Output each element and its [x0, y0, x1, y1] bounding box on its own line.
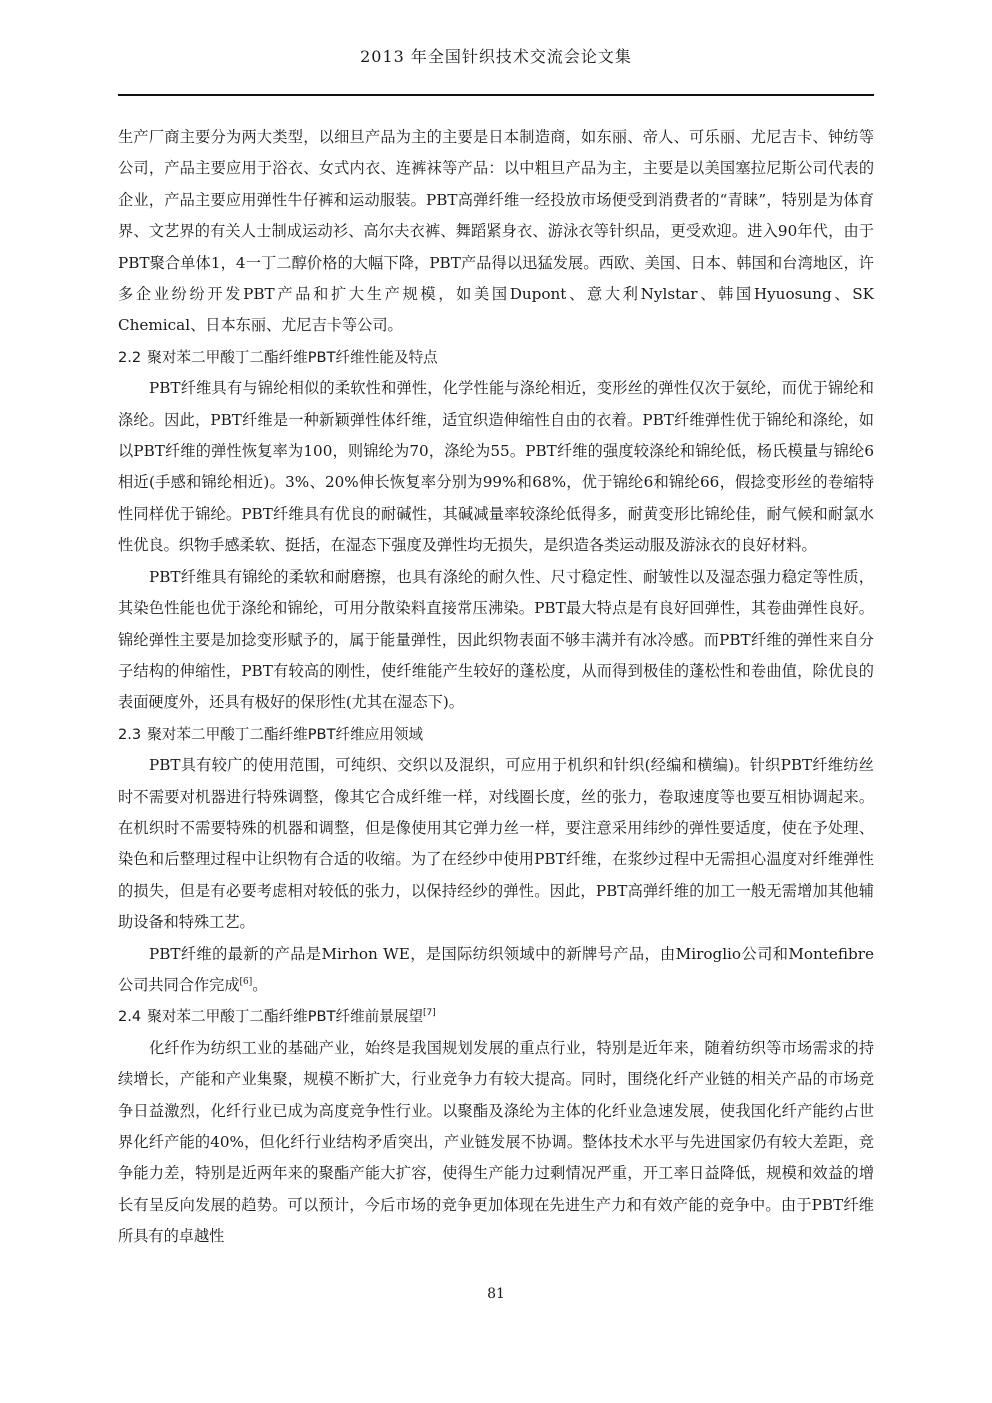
citation-ref[interactable]: [7]: [423, 1009, 436, 1019]
paragraph-applications-2: PBT纤维的最新的产品是Mirhon WE，是国际纺织领域中的新牌号产品，由Mi…: [118, 939, 874, 1002]
section-title: 聚对苯二甲酸丁二酯纤维PBT纤维应用领域: [147, 726, 423, 743]
citation-ref[interactable]: [6]: [240, 977, 253, 987]
section-number: 2.2: [118, 349, 141, 366]
section-heading-2-2: 2.2聚对苯二甲酸丁二酯纤维PBT纤维性能及特点: [118, 342, 874, 373]
paragraph-manufacturers: 生产厂商主要分为两大类型，以细旦产品为主的主要是日本制造商，如东丽、帝人、可乐丽…: [118, 122, 874, 342]
running-header-title: 2013 年全国针织技术交流会论文集: [0, 44, 992, 67]
paragraph-outlook: 化纤作为纺织工业的基础产业，始终是我国规划发展的重点行业，特别是近年来，随着纺织…: [118, 1033, 874, 1253]
section-heading-2-4: 2.4聚对苯二甲酸丁二酯纤维PBT纤维前景展望[7]: [118, 1001, 874, 1032]
paragraph-properties-2: PBT纤维具有锦纶的柔软和耐磨擦，也具有涤纶的耐久性、尺寸稳定性、耐皱性以及湿态…: [118, 562, 874, 719]
page-number: 81: [0, 1286, 992, 1302]
header-divider: [118, 94, 874, 96]
section-number: 2.3: [118, 726, 141, 743]
paragraph-text: PBT纤维的最新的产品是Mirhon WE，是国际纺织领域中的新牌号产品，由Mi…: [118, 945, 874, 994]
paragraph-properties-1: PBT纤维具有与锦纶相似的柔软性和弹性，化学性能与涤纶相近，变形丝的弹性仅次于氨…: [118, 373, 874, 561]
page-body: 生产厂商主要分为两大类型，以细旦产品为主的主要是日本制造商，如东丽、帝人、可乐丽…: [118, 122, 874, 1253]
paragraph-applications-1: PBT具有较广的使用范围，可纯织、交织以及混织，可应用于机织和针织(经编和横编)…: [118, 750, 874, 938]
section-title: 聚对苯二甲酸丁二酯纤维PBT纤维前景展望: [147, 1008, 423, 1025]
paragraph-tail: 。: [252, 976, 267, 994]
section-title: 聚对苯二甲酸丁二酯纤维PBT纤维性能及特点: [147, 349, 437, 366]
section-heading-2-3: 2.3聚对苯二甲酸丁二酯纤维PBT纤维应用领域: [118, 719, 874, 750]
section-number: 2.4: [118, 1008, 141, 1025]
